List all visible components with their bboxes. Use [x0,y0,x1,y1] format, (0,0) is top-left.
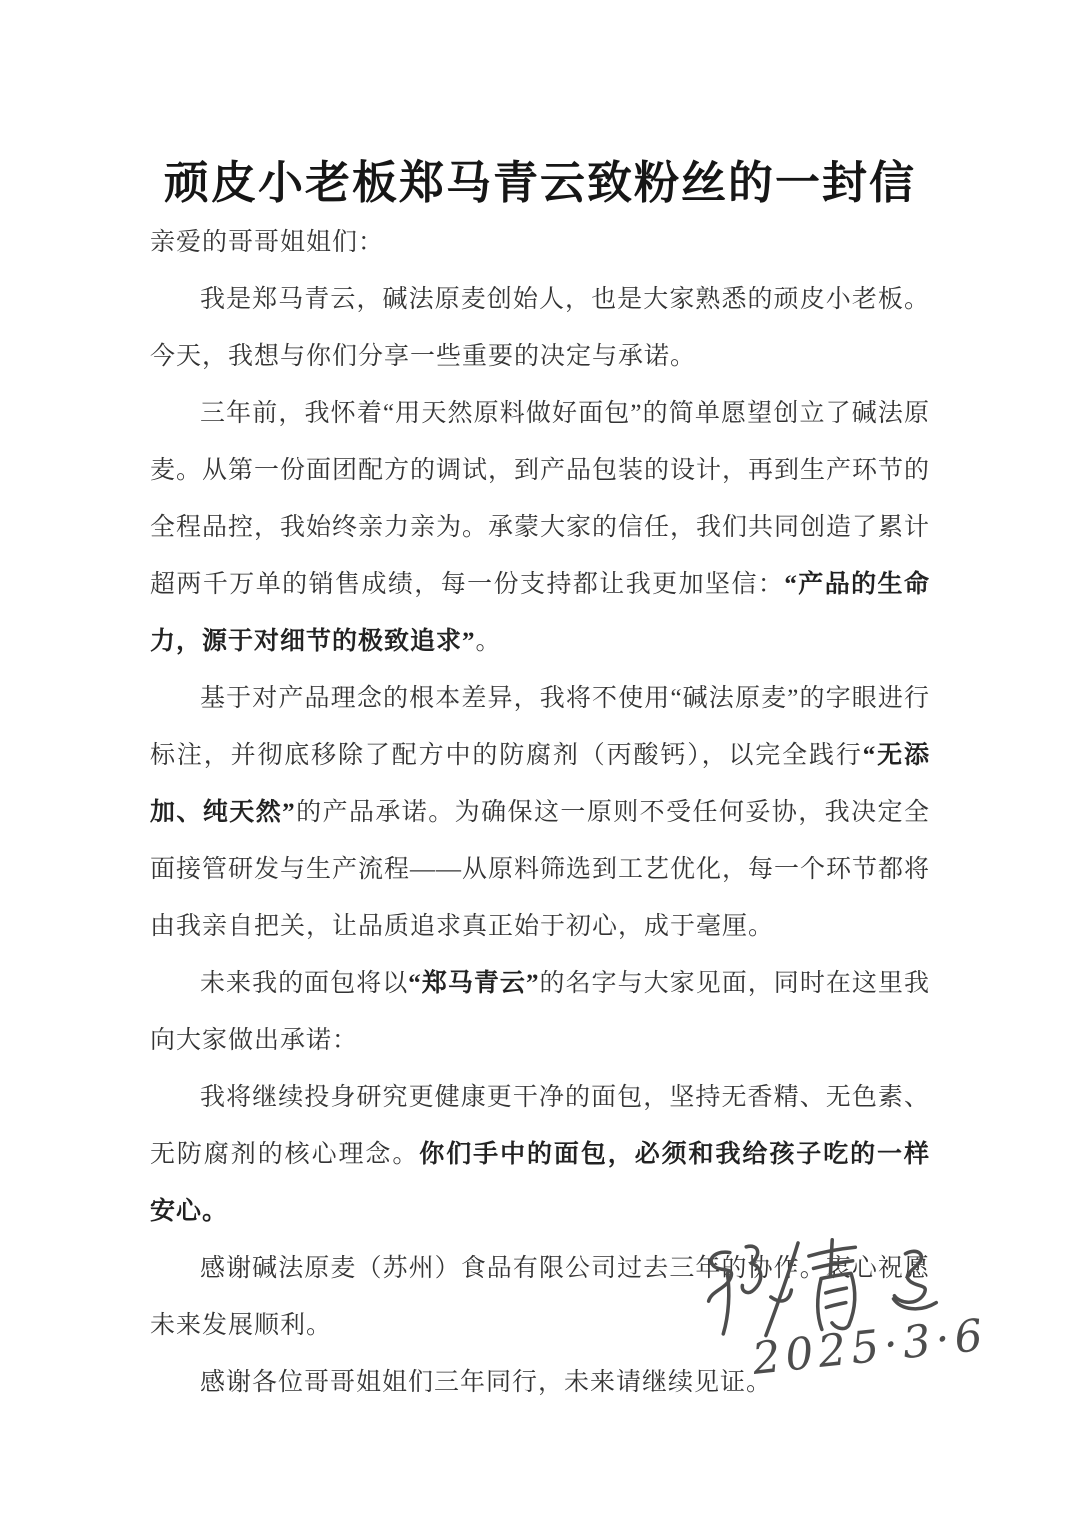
paragraph: 未来我的面包将以“郑马青云”的名字与大家见面，同时在这里我向大家做出承诺： [150,955,930,1069]
text-run: 基于对产品理念的根本差异，我将不使用“碱法原麦”的字眼进行标注，并彻底移除了配方… [150,685,930,769]
text-run: 未来我的面包将以 [200,970,408,997]
letter-page: 顽皮小老板郑马青云致粉丝的一封信 亲爱的哥哥姐姐们：我是郑马青云，碱法原麦创始人… [0,0,1080,1526]
text-run: 亲爱的哥哥姐姐们： [150,229,384,256]
bold-text-run: “郑马青云” [408,970,539,997]
text-run: 。 [476,628,502,655]
letter-body: 亲爱的哥哥姐姐们：我是郑马青云，碱法原麦创始人，也是大家熟悉的顽皮小老板。今天，… [150,214,930,1411]
paragraph: 三年前，我怀着“用天然原料做好面包”的简单愿望创立了碱法原麦。从第一份面团配方的… [150,385,930,670]
paragraph: 我是郑马青云，碱法原麦创始人，也是大家熟悉的顽皮小老板。今天，我想与你们分享一些… [150,271,930,385]
paragraph: 亲爱的哥哥姐姐们： [150,214,930,271]
text-run: 我是郑马青云，碱法原麦创始人，也是大家熟悉的顽皮小老板。今天，我想与你们分享一些… [150,286,930,370]
paragraph: 我将继续投身研究更健康更干净的面包，坚持无香精、无色素、无防腐剂的核心理念。你们… [150,1069,930,1240]
text-run: 感谢各位哥哥姐姐们三年同行，未来请继续见证。 [200,1369,772,1396]
paragraph: 基于对产品理念的根本差异，我将不使用“碱法原麦”的字眼进行标注，并彻底移除了配方… [150,670,930,955]
text-run: 三年前，我怀着“用天然原料做好面包”的简单愿望创立了碱法原麦。从第一份面团配方的… [150,400,930,598]
letter-title: 顽皮小老板郑马青云致粉丝的一封信 [0,146,1080,211]
